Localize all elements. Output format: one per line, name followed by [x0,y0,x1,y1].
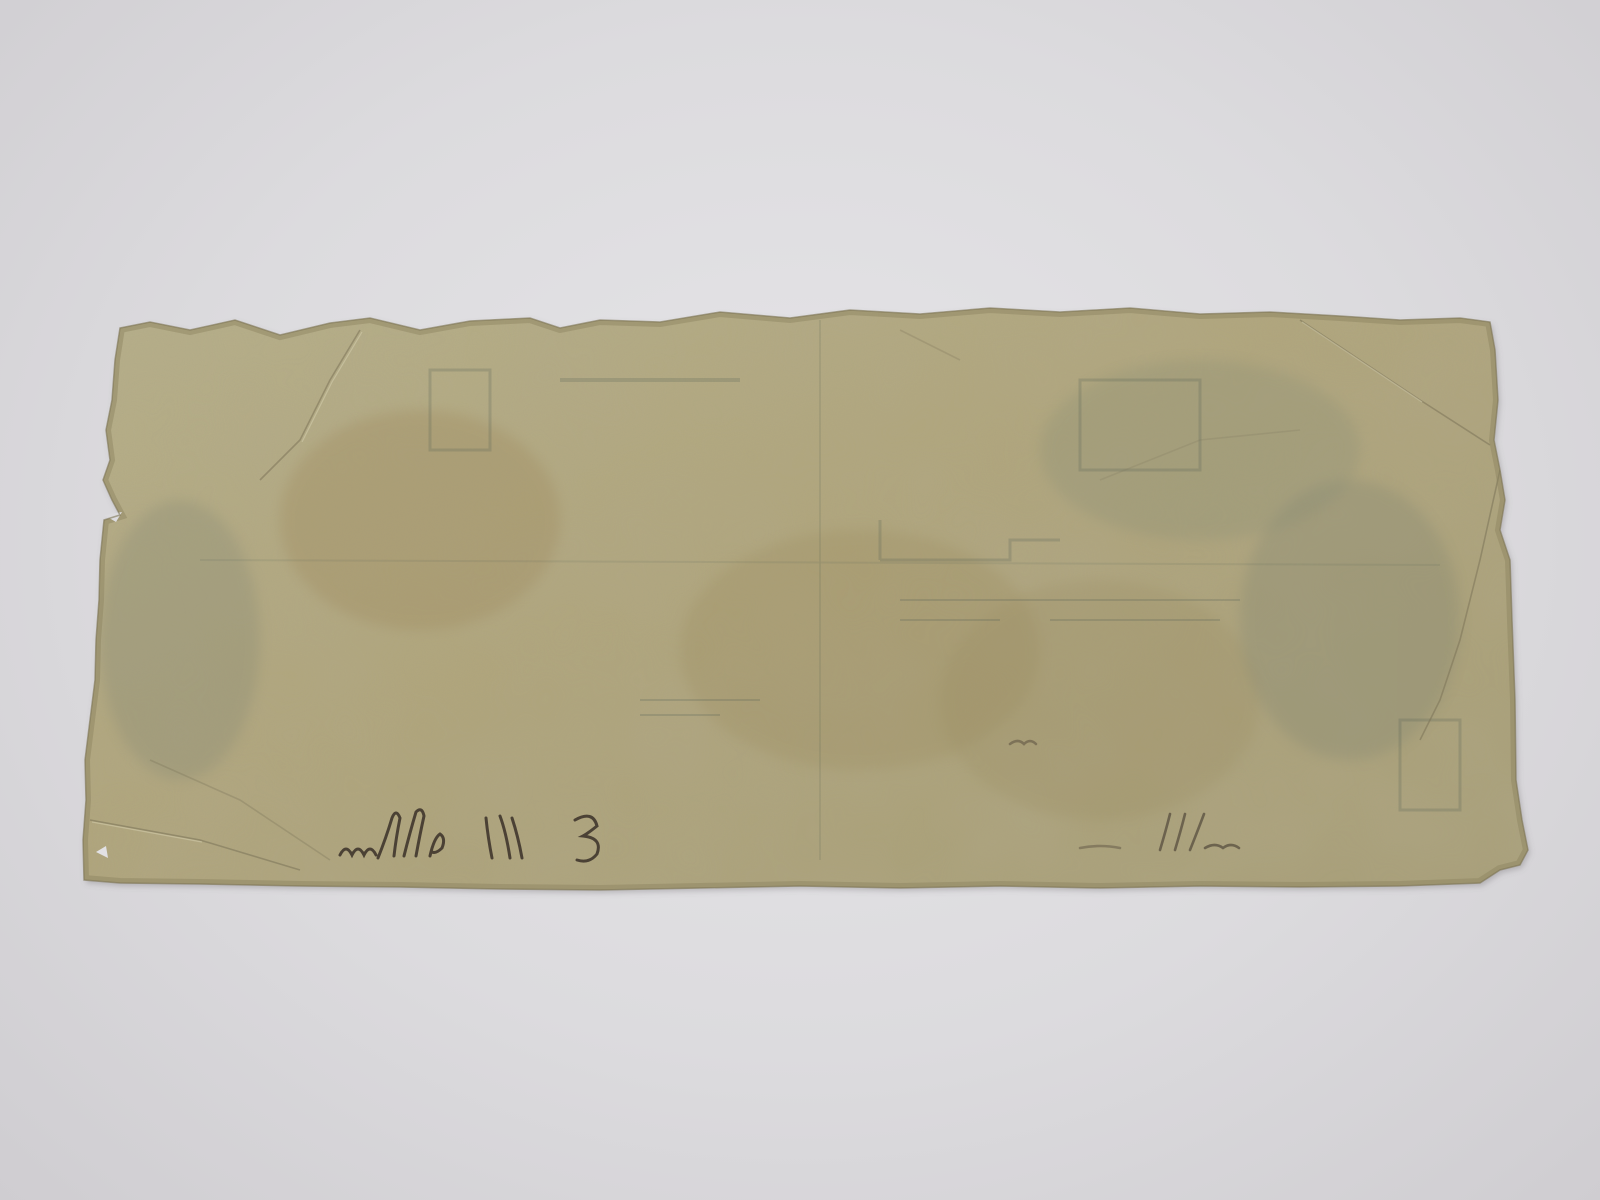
photo-background [0,0,1600,1200]
banknote-back [0,0,1600,1200]
paper-grain [80,300,1530,900]
